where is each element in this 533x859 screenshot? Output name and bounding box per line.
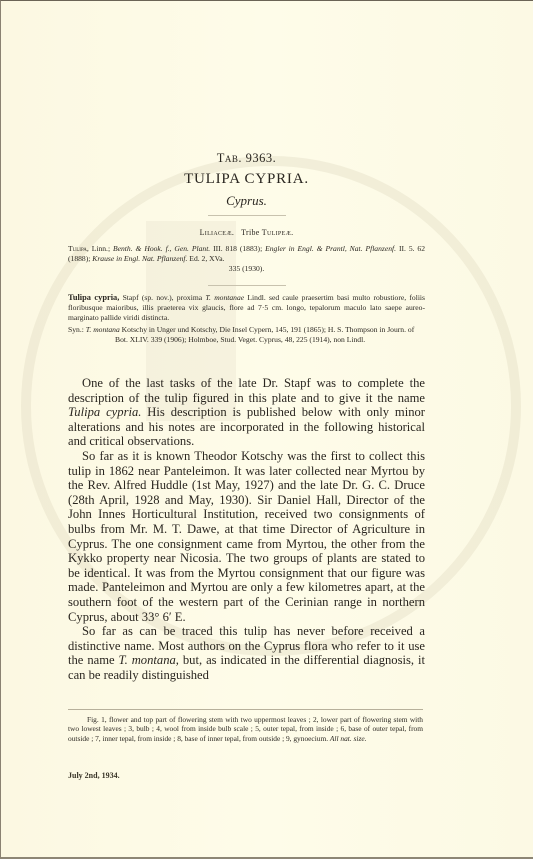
reference-3-tail: 335 (1930). bbox=[68, 264, 425, 274]
paragraph-3: So far as can be traced this tulip has n… bbox=[68, 624, 425, 682]
paragraph-1: One of the last tasks of the late Dr. St… bbox=[68, 376, 425, 449]
latin-diagnosis: Tulipa cypria, Stapf (sp. nov.), proxima… bbox=[68, 293, 425, 324]
reference-1-detail: III. 818 (1883); bbox=[210, 244, 262, 253]
reference-3-detail: Ed. 2, XVa. bbox=[187, 254, 224, 263]
divider-middle bbox=[208, 285, 286, 286]
reference-1-title: Benth. & Hook. f., Gen. Plant. bbox=[113, 244, 210, 253]
figure-caption-text: Fig. 1, flower and top part of flowering… bbox=[68, 715, 423, 743]
synonym-citations: Kotschy in Unger und Kotschy, Die Insel … bbox=[115, 325, 414, 344]
document-page: Tab. 9363. TULIPA CYPRIA. Cyprus. Liliac… bbox=[0, 0, 533, 859]
family-name: Liliaceæ. bbox=[200, 228, 235, 237]
tribe-label: Tribe bbox=[241, 228, 260, 237]
plate-number: Tab. 9363. bbox=[68, 151, 425, 166]
family-tribe-line: Liliaceæ. Tribe Tulipeæ. bbox=[68, 228, 425, 237]
publication-date: July 2nd, 1934. bbox=[68, 771, 120, 780]
main-text: One of the last tasks of the late Dr. St… bbox=[68, 376, 425, 682]
paragraph-1-text-a: One of the last tasks of the late Dr. St… bbox=[68, 376, 425, 405]
tribe-name: Tulipeæ. bbox=[262, 228, 294, 237]
paragraph-2: So far as it is known Theodor Kotschy wa… bbox=[68, 449, 425, 624]
reference-3-title: Krause in Engl. Nat. Pflanzenf. bbox=[92, 254, 187, 263]
genus-references: Tulipa, Linn.; Benth. & Hook. f., Gen. P… bbox=[68, 244, 425, 274]
diagnosis-comparison-species: T. montanae bbox=[205, 293, 244, 302]
paragraph-3-species-name: T. montana, bbox=[119, 653, 179, 667]
reference-2-title: Engler in Engl. & Prantl, Nat. Pflanzenf… bbox=[265, 244, 396, 253]
species-title: TULIPA CYPRIA. bbox=[68, 171, 425, 188]
figure-caption-scale: All nat. size. bbox=[330, 734, 367, 743]
genus-name: Tulipa bbox=[68, 244, 87, 253]
synonym-species: T. montana bbox=[86, 325, 120, 334]
paragraph-1-species-name: Tulipa cypria. bbox=[68, 405, 141, 419]
figure-caption: Fig. 1, flower and top part of flowering… bbox=[68, 715, 423, 743]
plate-number-value: 9363. bbox=[246, 151, 277, 165]
synonymy: Syn.: T. montana Kotschy in Unger und Ko… bbox=[68, 325, 425, 345]
genus-authority: , Linn.; bbox=[87, 244, 110, 253]
diagnosis-part-1: Stapf (sp. nov.), proxima bbox=[119, 293, 205, 302]
divider-top bbox=[208, 215, 286, 216]
caption-divider bbox=[68, 709, 423, 710]
plate-prefix: Tab. bbox=[217, 151, 242, 165]
synonym-label: Syn.: bbox=[68, 325, 86, 334]
locality: Cyprus. bbox=[68, 193, 425, 209]
species-name-bold: Tulipa cypria, bbox=[68, 293, 119, 302]
